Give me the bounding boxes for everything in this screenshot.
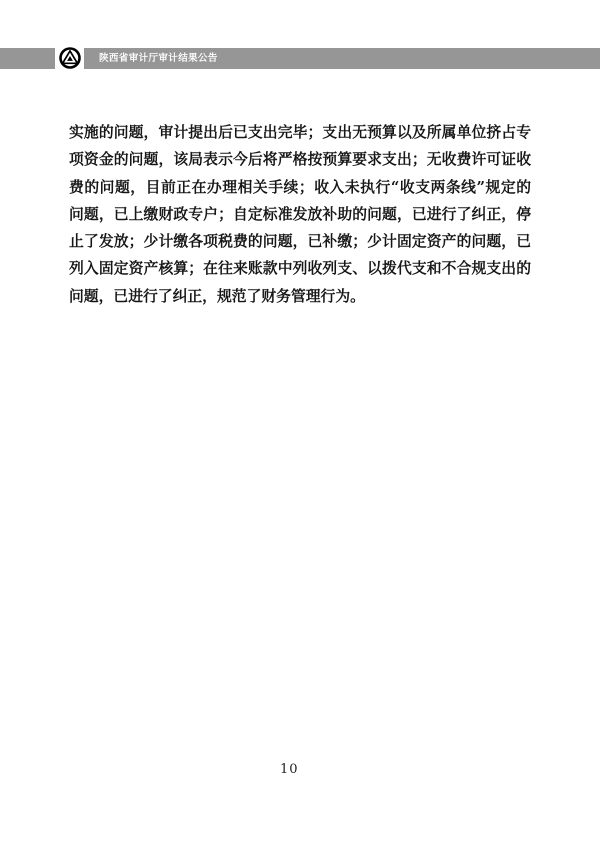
paragraph-line: 问题，已上缴财政专户；自定标准发放补助的问题，已进行了纠正，停 (69, 201, 531, 228)
header-bar (0, 48, 600, 69)
paragraph-line: 费的问题，目前正在办理相关手续；收入未执行“收支两条线”规定的 (69, 174, 531, 201)
paragraph-line: 列入固定资产核算；在往来账款中列收列支、以拨代支和不合规支出的 (69, 255, 531, 282)
document-page: 陕西省审计厅审计结果公告 实施的问题，审计提出后已支出完毕；支出无预算以及所属单… (0, 0, 600, 849)
header-title: 陕西省审计厅审计结果公告 (99, 48, 218, 69)
paragraph-line: 项资金的问题，该局表示今后将严格按预算要求支出；无收费许可证收 (69, 146, 531, 173)
paragraph-line: 问题，已进行了纠正，规范了财务管理行为。 (69, 283, 531, 310)
page-number: 10 (280, 762, 299, 777)
paragraph-line: 止了发放；少计缴各项税费的问题，已补缴；少计固定资产的问题，已 (69, 228, 531, 255)
body-paragraph: 实施的问题，审计提出后已支出完毕；支出无预算以及所属单位挤占专 项资金的问题，该… (69, 119, 531, 310)
audit-emblem-icon (59, 47, 81, 69)
paragraph-line: 实施的问题，审计提出后已支出完毕；支出无预算以及所属单位挤占专 (69, 119, 531, 146)
logo-box (55, 44, 84, 72)
